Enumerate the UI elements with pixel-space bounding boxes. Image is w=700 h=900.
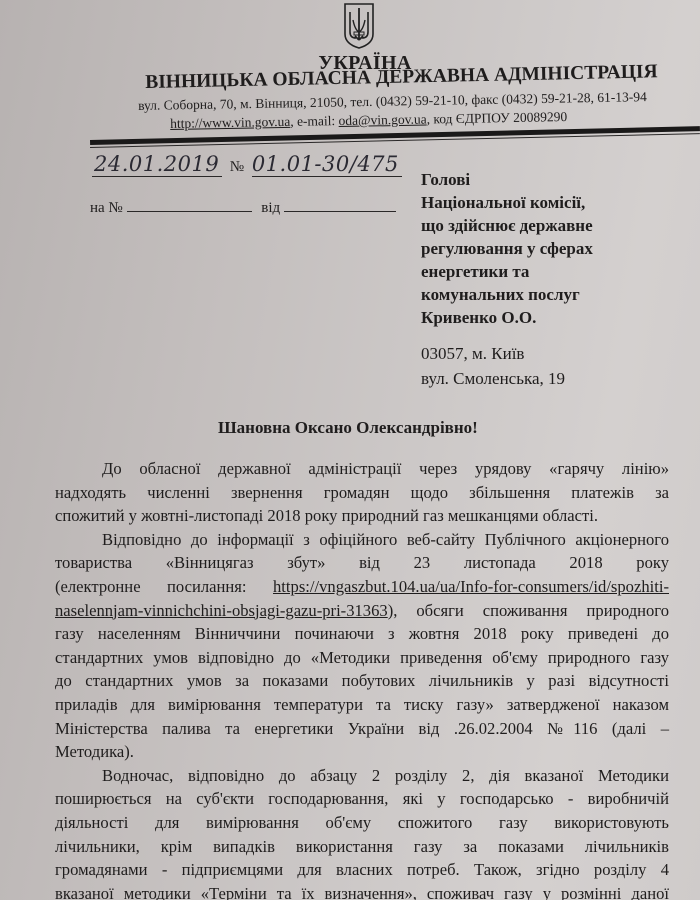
- body-line: газу населенням Вінниччини починаючи з ж…: [55, 622, 669, 646]
- recipient-line: Голові: [421, 168, 593, 191]
- edrpou-code: , код ЄДРПОУ 20089290: [426, 109, 567, 126]
- recipient-street: вул. Смоленська, 19: [421, 366, 565, 391]
- body-line-with-link: naselennjam-vinnichchini-obsjagi-gazu-pr…: [55, 599, 669, 623]
- letter-page: УКРАЇНА ВІННИЦЬКА ОБЛАСНА ДЕРЖАВНА АДМІН…: [0, 0, 700, 900]
- body-line: лічильники, крім випадків використання г…: [55, 835, 669, 859]
- salutation: Шановна Оксано Олександрівно!: [218, 418, 478, 438]
- body-line: товариства «Вінницягаз збут» від 23 лист…: [55, 551, 669, 575]
- body-line: діяльності для вимірювання об'єму спожит…: [55, 811, 669, 835]
- source-url-link-continued[interactable]: naselennjam-vinnichchini-obsjagi-gazu-pr…: [55, 601, 388, 620]
- body-line: надходять численні звернення громадян що…: [55, 481, 669, 505]
- number-sign: №: [230, 159, 244, 175]
- recipient-line: Національної комісії,: [421, 191, 593, 214]
- letter-body: До обласної державної адміністрації чере…: [55, 457, 669, 900]
- reply-to-number-blank: [127, 197, 252, 212]
- recipient-city: 03057, м. Київ: [421, 341, 565, 366]
- body-line: до стандартних умов за показами побутови…: [55, 669, 669, 693]
- body-line: спожитий у жовтні-листопаді 2018 року пр…: [55, 504, 669, 528]
- email-link[interactable]: oda@vin.gov.ua: [338, 112, 426, 129]
- body-text: ), обсяги споживання природного: [388, 601, 669, 620]
- body-line: До обласної державної адміністрації чере…: [55, 457, 669, 481]
- link-label: (електронне посилання:: [55, 577, 273, 596]
- recipient-line: комунальних послуг: [421, 283, 593, 306]
- from-label: від: [261, 200, 280, 216]
- recipient-line: що здійснює державне: [421, 214, 593, 237]
- incoming-reference: на № від: [90, 197, 396, 217]
- recipient-line: регулювання у сферах: [421, 237, 593, 260]
- body-line: Водночас, відповідно до абзацу 2 розділу…: [55, 764, 669, 788]
- body-line: приладів для вимірювання температури та …: [55, 693, 669, 717]
- recipient-line: енергетики та: [421, 260, 593, 283]
- reply-to-label: на №: [90, 200, 123, 216]
- recipient-block: Голові Національної комісії, що здійснює…: [421, 168, 593, 329]
- organization-address: вул. Соборна, 70, м. Вінниця, 21050, тел…: [138, 89, 647, 114]
- website-link[interactable]: http://www.vin.gov.ua: [170, 114, 290, 131]
- organization-contacts: http://www.vin.gov.ua, e-mail: oda@vin.g…: [170, 109, 567, 132]
- recipient-name: Кривенко О.О.: [421, 306, 593, 329]
- source-url-link[interactable]: https://vngaszbut.104.ua/ua/Info-for-con…: [273, 577, 669, 596]
- reply-to-date-blank: [284, 197, 396, 212]
- body-line: Відповідно до інформації з офіційного ве…: [55, 528, 669, 552]
- recipient-address: 03057, м. Київ вул. Смоленська, 19: [421, 341, 565, 391]
- outgoing-number: 01.01-30/475: [252, 152, 402, 177]
- body-line: Міністерства палива та енергетики Україн…: [55, 717, 669, 741]
- outgoing-date: 24.01.2019: [92, 152, 222, 177]
- email-label: , e-mail:: [290, 113, 339, 129]
- body-line: поширюється на суб'єкти господарювання, …: [55, 787, 669, 811]
- outgoing-registration: 24.01.2019 № 01.01-30/475: [92, 152, 402, 177]
- tryzub-coat-of-arms-icon: [343, 2, 375, 50]
- body-line: стандартних умов відповідно до «Методики…: [55, 646, 669, 670]
- body-line: громадянами - підприємцями для власних п…: [55, 858, 669, 882]
- body-line: вказаної методики «Терміни та їх визначе…: [55, 882, 669, 900]
- body-line: Методика).: [55, 740, 669, 764]
- body-line-with-link: (електронне посилання: https://vngaszbut…: [55, 575, 669, 599]
